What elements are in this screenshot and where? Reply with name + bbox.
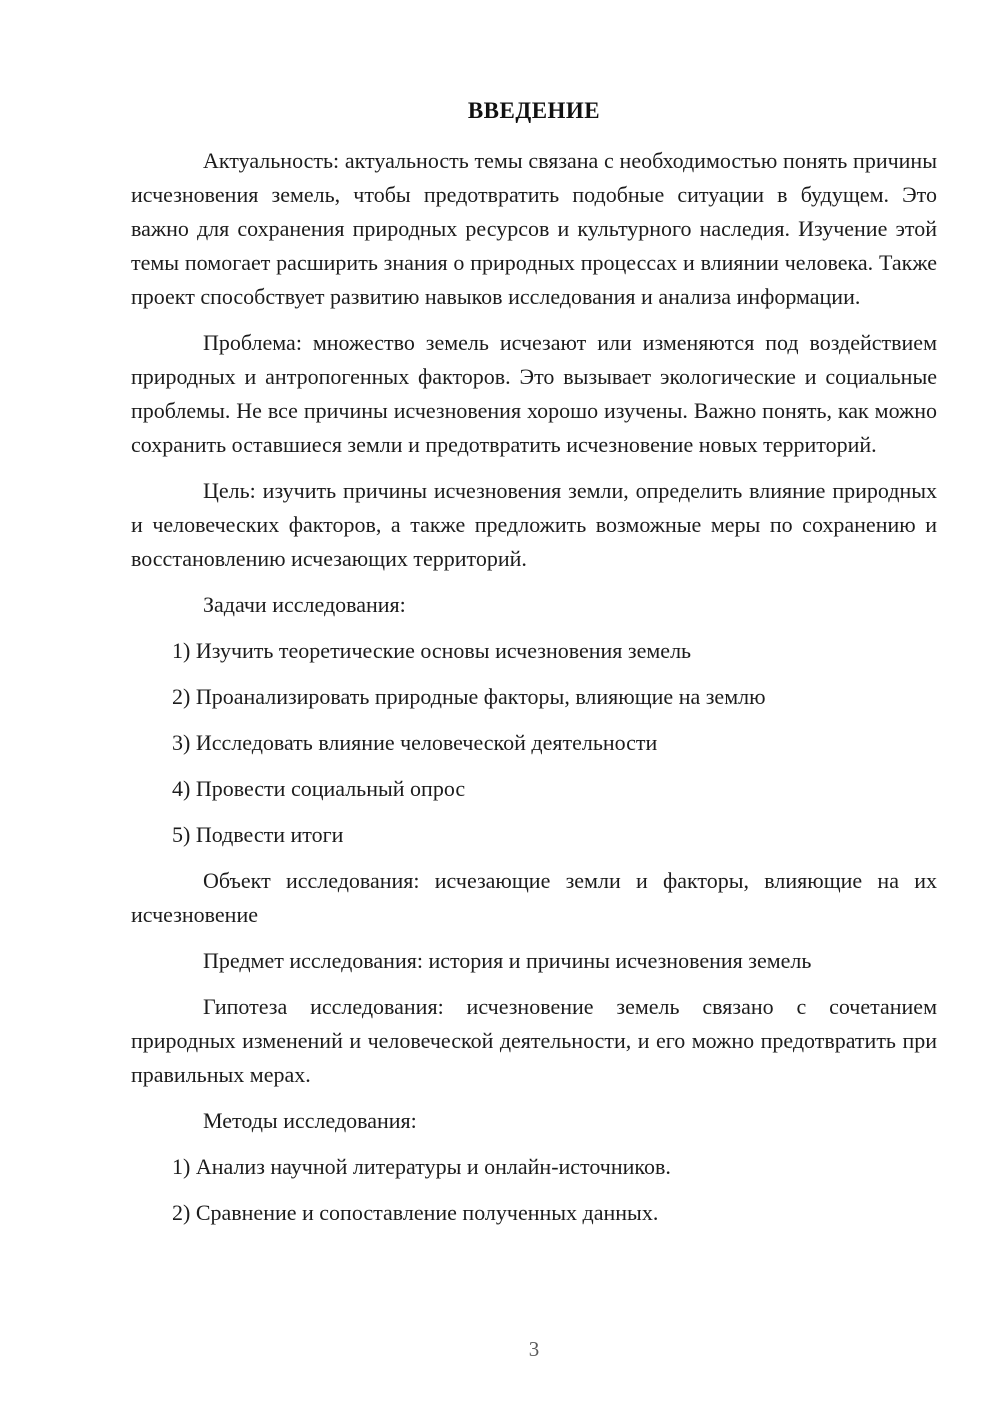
paragraph: Предмет исследования: история и причины … bbox=[131, 944, 937, 978]
list-item: 2) Сравнение и сопоставление полученных … bbox=[172, 1196, 937, 1230]
document-body: Актуальность: актуальность темы связана … bbox=[131, 144, 937, 1230]
list-item: 5) Подвести итоги bbox=[172, 818, 937, 852]
document-page: ВВЕДЕНИЕ Актуальность: актуальность темы… bbox=[0, 0, 1000, 1414]
list-item: 1) Изучить теоретические основы исчезнов… bbox=[172, 634, 937, 668]
paragraph: Цель: изучить причины исчезновения земли… bbox=[131, 474, 937, 576]
paragraph: Гипотеза исследования: исчезновение земе… bbox=[131, 990, 937, 1092]
list-item: 3) Исследовать влияние человеческой деят… bbox=[172, 726, 937, 760]
page-number: 3 bbox=[131, 1337, 937, 1362]
paragraph: Методы исследования: bbox=[131, 1104, 937, 1138]
paragraph: Актуальность: актуальность темы связана … bbox=[131, 144, 937, 314]
paragraph: Объект исследования: исчезающие земли и … bbox=[131, 864, 937, 932]
list-item: 4) Провести социальный опрос bbox=[172, 772, 937, 806]
paragraph: Задачи исследования: bbox=[131, 588, 937, 622]
list-item: 1) Анализ научной литературы и онлайн-ис… bbox=[172, 1150, 937, 1184]
page-title: ВВЕДЕНИЕ bbox=[131, 94, 937, 128]
list-item: 2) Проанализировать природные факторы, в… bbox=[172, 680, 937, 714]
paragraph: Проблема: множество земель исчезают или … bbox=[131, 326, 937, 462]
